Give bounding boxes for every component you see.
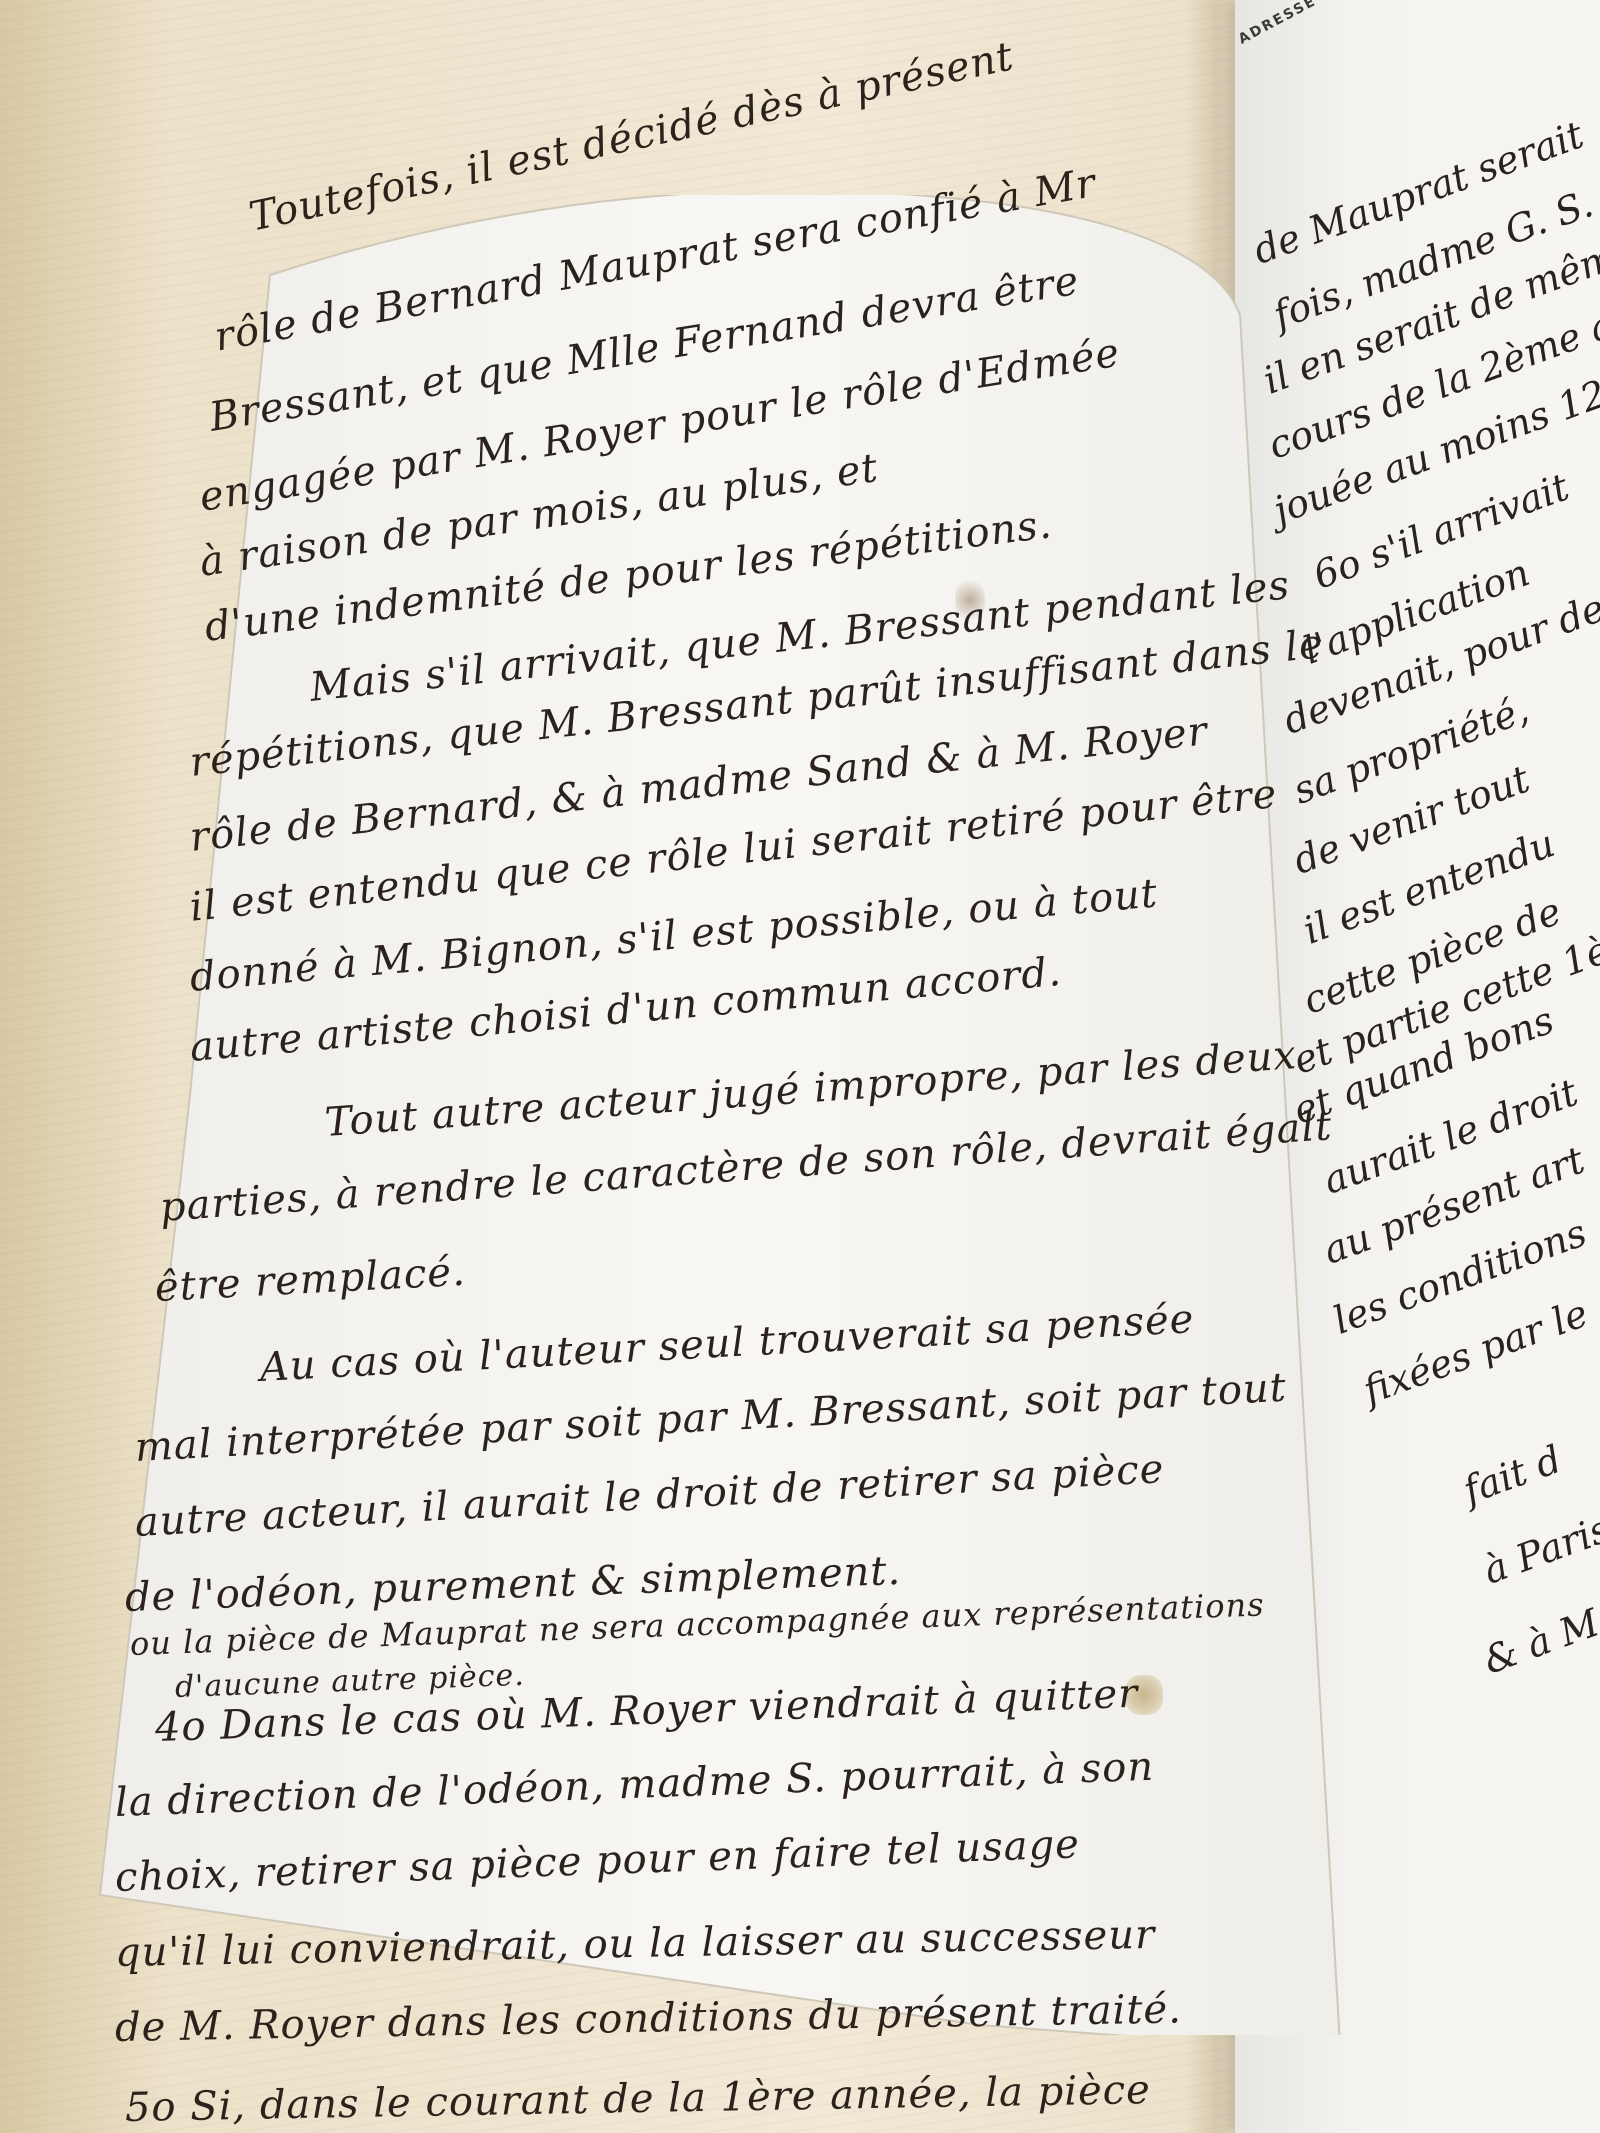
main-letter-sheet: Toutefois, il est décidé dès à présent r… [80,195,1380,2035]
facing-line: à Paris [1477,1506,1600,1592]
text-line: être remplacé. [154,1249,467,1311]
facing-line: fait d [1457,1437,1567,1513]
text-line: la direction de l'odéon, madme S. pourra… [114,1744,1155,1826]
text-line: choix, retirer sa pièce pour en faire te… [114,1821,1080,1901]
facing-line: & à M [1477,1600,1600,1682]
letter-text: Toutefois, il est décidé dès à présent r… [80,195,1380,2035]
text-line: qu'il lui conviendrait, ou la laisser au… [115,1912,1156,1976]
